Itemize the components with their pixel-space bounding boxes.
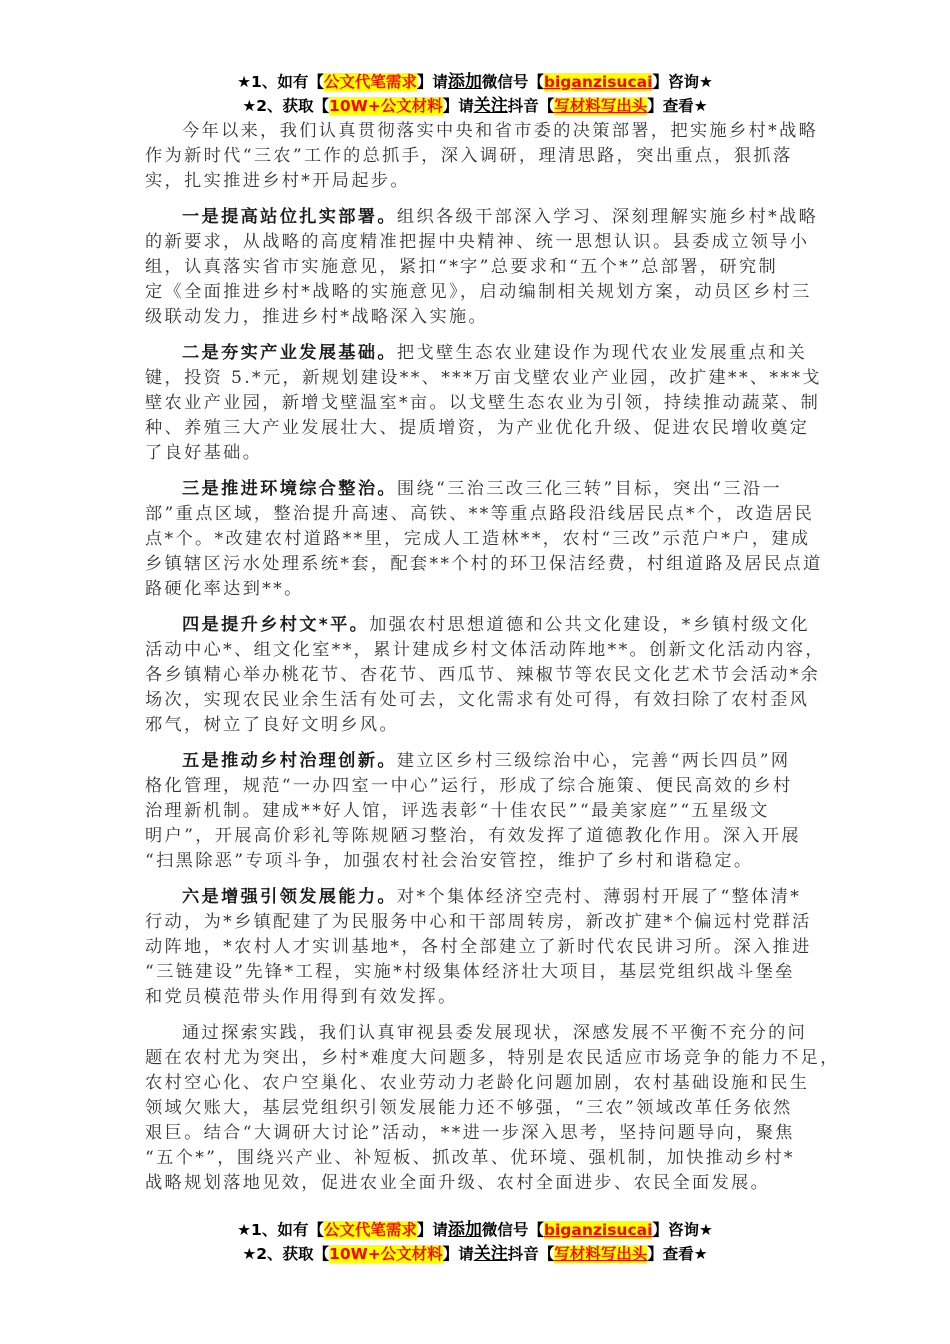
promo-line-2: ★2、获取【10W+公文材料】请关注抖音【写材料写出头】查看★ (0, 1242, 950, 1266)
promo-text: 微信号【 (482, 73, 544, 91)
promo-highlight-writing-service: 公文代笔需求 (324, 73, 417, 91)
text-line: 艰巨。结合“大调研大讨论”活动，**进一步深入思考，坚持问题导向，聚焦 (145, 1121, 810, 1146)
text-line: 五是推动乡村治理创新。建立区乡村三级综治中心，完善“两长四员”网 (145, 749, 810, 774)
text-line: 实，扎实推进乡村*开局起步。 (145, 169, 810, 194)
section-paragraph-6: 六是增强引领发展能力。对*个集体经济空壳村、薄弱村开展了“整体清* 行动，为*乡… (145, 885, 810, 1010)
text-line: 场次，实现农民业余生活有处可去，文化需求有处可得，有效扫除了农村歪风 (145, 688, 810, 713)
text-line: 点*个。*改建农村道路**里，完成人工造林**，农村“三改”示范户*户，建成 (145, 527, 810, 552)
promo-underlined-add: 添加 (448, 1220, 482, 1240)
text-line: 通过探索实践，我们认真审视县委发展现状，深感发展不平衡不充分的问 (145, 1021, 810, 1046)
promo-underlined-follow: 关注 (474, 96, 508, 116)
text-run: 建立区乡村三级综治中心，完善“两长四员”网 (397, 751, 791, 771)
text-line: 了良好基础。 (145, 441, 810, 466)
text-run: 组织各级干部深入学习、深刻理解实施乡村*战略 (397, 207, 818, 227)
promo-text: 抖音【 (508, 1245, 555, 1263)
promo-prefix: ★2、获取【 (242, 97, 329, 115)
promo-wechat-id-link[interactable]: biganzisucai (544, 73, 653, 91)
text-line: 一是提高站位扎实部署。组织各级干部深入学习、深刻理解实施乡村*战略 (145, 205, 810, 230)
promo-text: 】请 (443, 1245, 474, 1263)
text-line: 组，认真落实省市实施意见，紧扣“*字”总要求和“五个*”总部署，研究制 (145, 255, 810, 280)
promo-text: 】请 (443, 97, 474, 115)
promo-douyin-account-link[interactable]: 写材料写出头 (554, 1245, 647, 1263)
text-line: 三是推进环境综合整治。围绕“三治三改三化三转”目标，突出“三沿一 (145, 477, 810, 502)
promo-highlight-writing-service: 公文代笔需求 (324, 1221, 417, 1239)
text-line: 邪气，树立了良好文明乡风。 (145, 713, 810, 738)
text-line: 路硬化率达到**。 (145, 577, 810, 602)
text-line: 领域欠账大，基层党组织引领发展能力还不够强，“三农”领域改革任务依然 (145, 1096, 810, 1121)
promo-prefix: ★1、如有【 (237, 73, 324, 91)
section-paragraph-2: 二是夯实产业发展基础。把戈壁生态农业建设作为现代农业发展重点和关 键，投资 5.… (145, 341, 810, 466)
text-line: 的新要求，从战略的高度精准把握中央精神、统一思想认识。县委成立领导小 (145, 230, 810, 255)
text-line: 部”重点区域，整治提升高速、高铁、**等重点路段沿线居民点*个，改造居民 (145, 502, 810, 527)
promo-text: 】请 (417, 1221, 448, 1239)
text-line: “扫黑除恶”专项斗争，加强农村社会治安管控，维护了乡村和谐稳定。 (145, 849, 810, 874)
promo-prefix: ★1、如有【 (237, 1221, 324, 1239)
section-paragraph-1: 一是提高站位扎实部署。组织各级干部深入学习、深刻理解实施乡村*战略 的新要求，从… (145, 205, 810, 330)
text-line: 活动中心*、组文化室**，累计建成乡村文体活动阵地**。创新文化活动内容， (145, 638, 810, 663)
text-line: 壁农业产业园，新增戈壁温室*亩。以戈壁生态农业为引领，持续推动蔬菜、制 (145, 391, 810, 416)
section-heading: 五是推动乡村治理创新。 (182, 751, 397, 771)
text-line: 题在农村尤为突出，乡村*难度大问题多，特别是农民适应市场竞争的能力不足， (145, 1046, 810, 1071)
promo-highlight-materials: 10W+公文材料 (329, 97, 443, 115)
text-line: “三链建设”先锋*工程，实施*村级集体经济壮大项目，基层党组织战斗堡垒 (145, 960, 810, 985)
text-line: 和党员模范带头作用得到有效发挥。 (145, 985, 810, 1010)
promo-wechat-id-link[interactable]: biganzisucai (544, 1221, 653, 1239)
text-line: 今年以来，我们认真贯彻落实中央和省市委的决策部署，把实施乡村*战略 (145, 119, 810, 144)
text-line: 定《全面推进乡村*战略的实施意见》，启动编制相关规划方案，动员区乡村三 (145, 280, 810, 305)
text-run: 加强农村思想道德和公共文化建设，*乡镇村级文化 (369, 615, 810, 635)
text-line: 格化管理，规范“一办四室一中心”运行，形成了综合施策、便民高效的乡村 (145, 774, 810, 799)
text-line: 动阵地，*农村人才实训基地*，各村全部建立了新时代农民讲习所。深入推进 (145, 935, 810, 960)
document-body: 今年以来，我们认真贯彻落实中央和省市委的决策部署，把实施乡村*战略 作为新时代“… (145, 119, 810, 1207)
section-heading: 二是夯实产业发展基础。 (182, 343, 397, 363)
text-line: 种、养殖三大产业发展壮大、提质增资，为产业优化升级、促进农民增收奠定 (145, 416, 810, 441)
promo-douyin-account-link[interactable]: 写材料写出头 (554, 97, 647, 115)
promo-line-1: ★1、如有【公文代笔需求】请添加微信号【biganzisucai】咨询★ (0, 1218, 950, 1242)
text-line: 六是增强引领发展能力。对*个集体经济空壳村、薄弱村开展了“整体清* (145, 885, 810, 910)
section-heading: 六是增强引领发展能力。 (182, 887, 397, 907)
text-line: 战略规划落地见效，促进农业全面升级、农村全面进步、农民全面发展。 (145, 1171, 810, 1196)
text-line: 键，投资 5.*元，新规划建设**、***万亩戈壁农业产业园，改扩建**、***… (145, 366, 810, 391)
promo-line-2: ★2、获取【10W+公文材料】请关注抖音【写材料写出头】查看★ (0, 94, 950, 118)
promo-underlined-follow: 关注 (474, 1244, 508, 1264)
section-paragraph-3: 三是推进环境综合整治。围绕“三治三改三化三转”目标，突出“三沿一 部”重点区域，… (145, 477, 810, 602)
promo-text: 抖音【 (508, 97, 555, 115)
promo-highlight-materials: 10W+公文材料 (329, 1245, 443, 1263)
promo-suffix: 】查看★ (647, 97, 707, 115)
promo-suffix: 】咨询★ (652, 1221, 712, 1239)
section-paragraph-5: 五是推动乡村治理创新。建立区乡村三级综治中心，完善“两长四员”网 格化管理，规范… (145, 749, 810, 874)
promo-prefix: ★2、获取【 (242, 1245, 329, 1263)
text-run: 把戈壁生态农业建设作为现代农业发展重点和关 (397, 343, 807, 363)
text-run: 对*个集体经济空壳村、薄弱村开展了“整体清* (397, 887, 801, 907)
section-heading: 一是提高站位扎实部署。 (182, 207, 397, 227)
section-paragraph-4: 四是提升乡村文*平。加强农村思想道德和公共文化建设，*乡镇村级文化 活动中心*、… (145, 613, 810, 738)
text-line: 治理新机制。建成**好人馆，评选表彰“十佳农民”“最美家庭”“五星级文 (145, 799, 810, 824)
text-line: 乡镇辖区污水处理系统*套，配套**个村的环卫保洁经费，村组道路及居民点道 (145, 552, 810, 577)
text-line: 各乡镇精心举办桃花节、杏花节、西瓜节、辣椒节等农民文化艺术节会活动*余 (145, 663, 810, 688)
text-line: 四是提升乡村文*平。加强农村思想道德和公共文化建设，*乡镇村级文化 (145, 613, 810, 638)
promo-banner-top: ★1、如有【公文代笔需求】请添加微信号【biganzisucai】咨询★ ★2、… (0, 70, 950, 118)
promo-text: 】请 (417, 73, 448, 91)
intro-paragraph: 今年以来，我们认真贯彻落实中央和省市委的决策部署，把实施乡村*战略 作为新时代“… (145, 119, 810, 194)
promo-underlined-add: 添加 (448, 72, 482, 92)
text-line: 农村空心化、农户空巢化、农业劳动力老龄化问题加剧，农村基础设施和民生 (145, 1071, 810, 1096)
promo-text: 微信号【 (482, 1221, 544, 1239)
text-line: 级联动发力，推进乡村*战略深入实施。 (145, 305, 810, 330)
document-page: ★1、如有【公文代笔需求】请添加微信号【biganzisucai】咨询★ ★2、… (0, 0, 950, 1344)
text-line: “五个*”，围绕兴产业、补短板、抓改革、优环境、强机制，加快推动乡村* (145, 1146, 810, 1171)
promo-banner-bottom: ★1、如有【公文代笔需求】请添加微信号【biganzisucai】咨询★ ★2、… (0, 1218, 950, 1266)
text-run: 围绕“三治三改三化三转”目标，突出“三沿一 (397, 479, 782, 499)
text-line: 作为新时代“三农”工作的总抓手，深入调研，理清思路，突出重点，狠抓落 (145, 144, 810, 169)
promo-line-1: ★1、如有【公文代笔需求】请添加微信号【biganzisucai】咨询★ (0, 70, 950, 94)
section-heading: 四是提升乡村文*平。 (182, 615, 369, 635)
text-line: 行动，为*乡镇配建了为民服务中心和干部周转房，新改扩建*个偏远村党群活 (145, 910, 810, 935)
promo-suffix: 】咨询★ (652, 73, 712, 91)
promo-suffix: 】查看★ (647, 1245, 707, 1263)
conclusion-paragraph: 通过探索实践，我们认真审视县委发展现状，深感发展不平衡不充分的问 题在农村尤为突… (145, 1021, 810, 1196)
section-heading: 三是推进环境综合整治。 (182, 479, 397, 499)
text-line: 明户”，开展高价彩礼等陈规陋习整治，有效发挥了道德教化作用。深入开展 (145, 824, 810, 849)
text-line: 二是夯实产业发展基础。把戈壁生态农业建设作为现代农业发展重点和关 (145, 341, 810, 366)
